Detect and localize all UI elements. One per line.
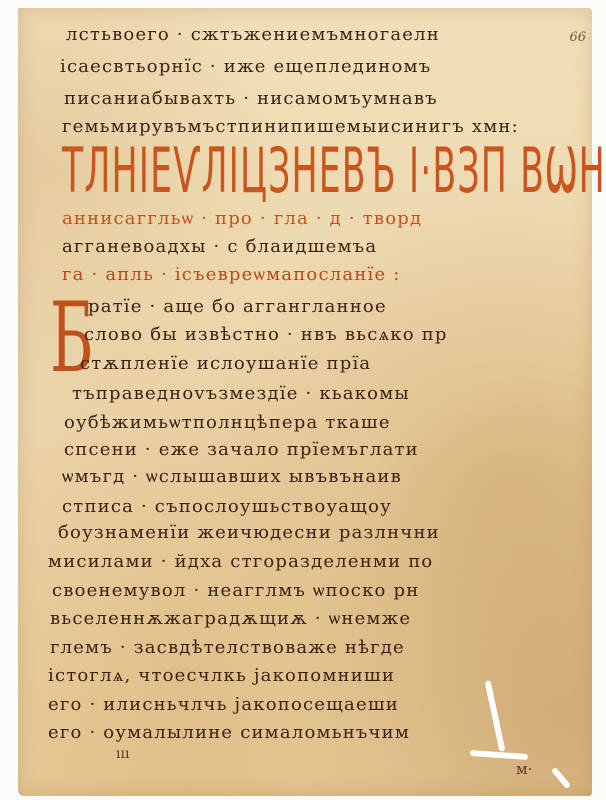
- body-line-6: спсени · еже зачало прїемъглати: [64, 439, 419, 460]
- body-line-5: оубѣжимьѡтполнцѣпера ткаше: [64, 412, 391, 433]
- rubric-line-2: агганевоадхы · с блаидшемъа: [62, 236, 377, 257]
- body-line-2: слово бы извѣстно · нвъ вьсѧко пр: [84, 324, 448, 345]
- text-line-2: ісаесвтьорнїс · иже ещеплединомъ: [60, 56, 431, 77]
- parchment-tear: [485, 680, 506, 752]
- folio-number: 66: [569, 30, 586, 45]
- text-line-3: писаниабывахть · нисамомъумнавъ: [64, 88, 438, 109]
- body-line-4: тъправедноvъзмездїе · кьакомы: [72, 383, 410, 404]
- parchment-tear-horizontal: [470, 750, 528, 760]
- signature-mark-right: м·: [516, 760, 532, 778]
- parchment-tear-tail: [551, 767, 571, 789]
- body-line-12: вьселеннѫжаградѫщиѫ · ѡнемже: [50, 608, 411, 629]
- signature-mark-left: ııı: [116, 746, 129, 762]
- body-line-14: істоглѧ, чтоесчлкь јакопомниши: [48, 665, 395, 686]
- body-line-16: его · оумалылине сималомьнъчим: [48, 722, 410, 743]
- body-line-1: ратїе · аще бо аггангланное: [88, 296, 387, 317]
- rubric-title: ТЛНІЕѴЛІЦЗНЕВЪ І·ВЗП ВѠНЕ: [62, 136, 606, 206]
- text-line-1: лстьвоего · сжтъжениемъмногаелн: [66, 24, 440, 45]
- body-line-3: стѫпленїе ислоушанїе прїа: [80, 353, 371, 374]
- body-line-9: боузнаменїи жеичюдесни разлнчни: [58, 522, 440, 543]
- body-line-7: ѡмъгд · ѡслышавших ывъвънаив: [62, 466, 402, 487]
- body-line-10: мисилами · йдха стгоразделенми по: [48, 551, 433, 572]
- body-line-13: глемъ · засвдѣтелствоваже нѣгде: [50, 637, 405, 658]
- body-line-15: его · илисньчлчь јакопосещаеши: [48, 694, 399, 715]
- manuscript-page: 66 лстьвоего · сжтъжениемъмногаелн ісаес…: [18, 8, 592, 796]
- body-line-8: стписа · съпослоушьствоуащоу: [62, 496, 392, 517]
- body-line-11: своенемувол · неагглмъ ѡпоско рн: [52, 580, 419, 601]
- rubric-line-1: аннисаггльѡ · про · гла · д · творд: [62, 208, 422, 229]
- rubric-line-3: га · апль · ісъевреѡмапосланїе :: [62, 264, 401, 285]
